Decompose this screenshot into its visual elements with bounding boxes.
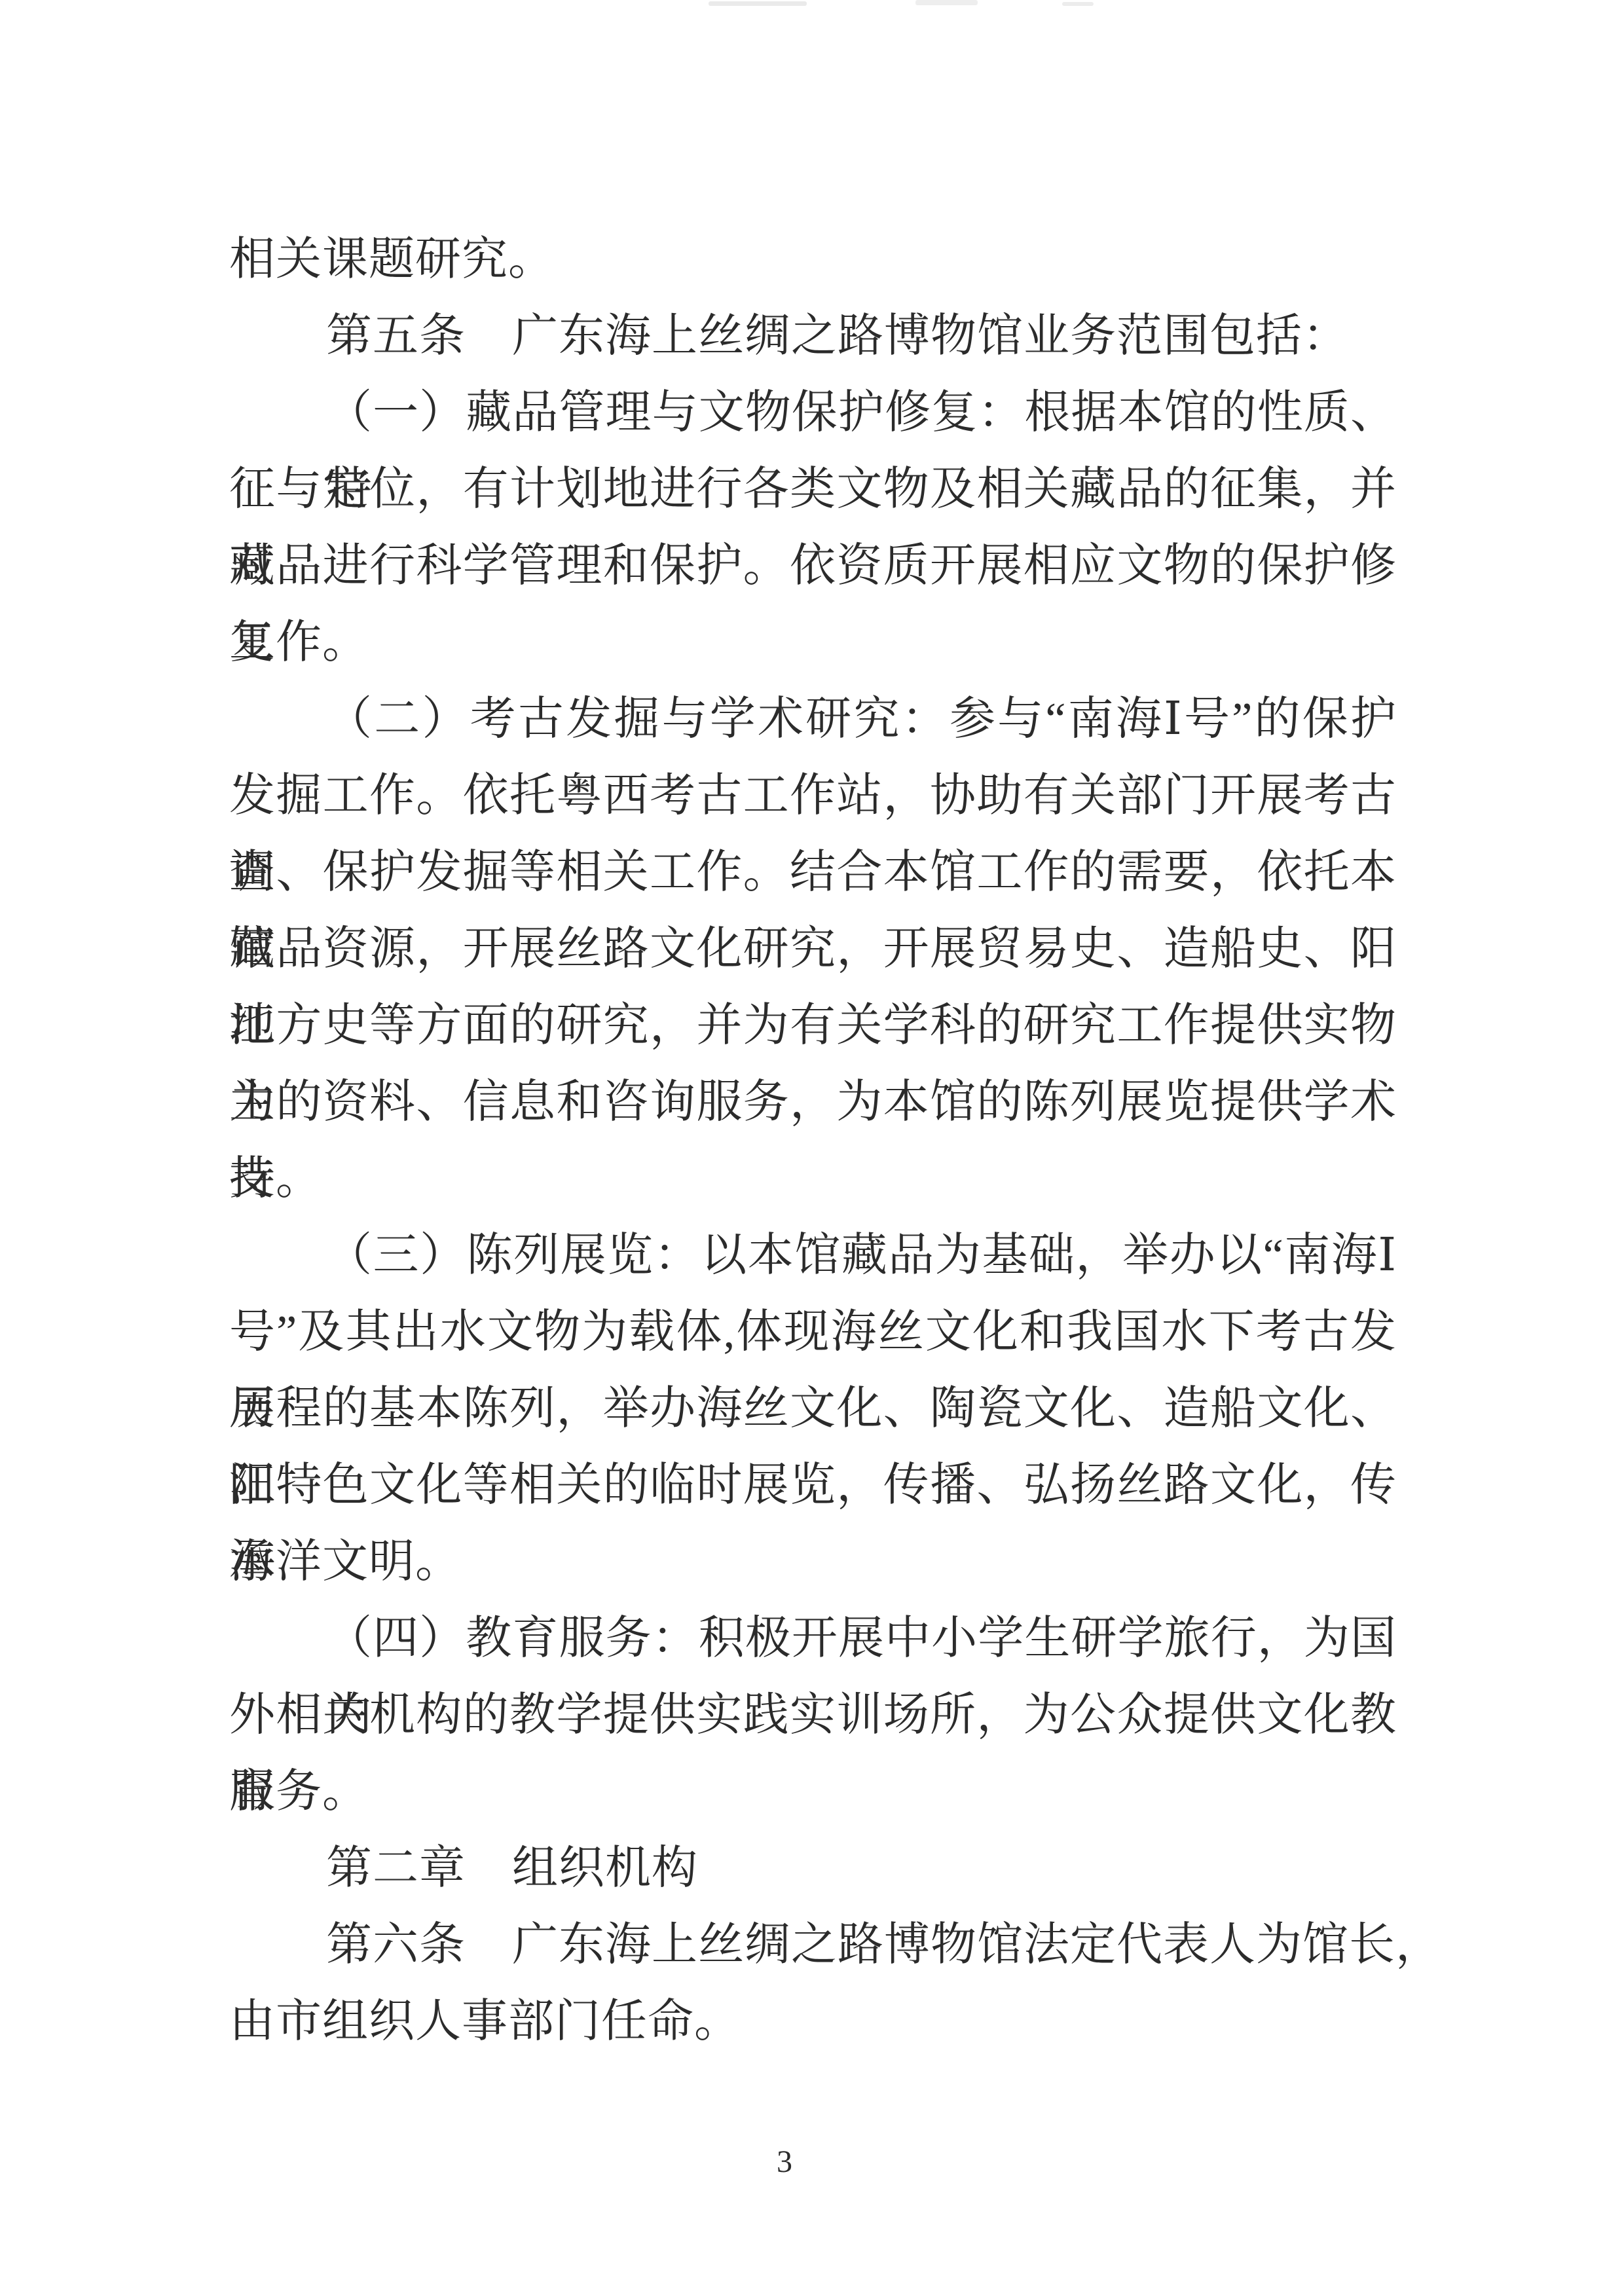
text-line: 工作。 [229,604,1396,681]
text-line: 第五条 广东海上丝绸之路博物馆业务范围包括： [229,298,1396,375]
text-line: 发掘工作。依托粤西考古工作站，协助有关部门开展考古调 [229,758,1396,834]
text-line: 地方史等方面的研究，并为有关学科的研究工作提供实物为 [229,987,1396,1064]
scan-artifact [1062,2,1094,6]
text-line: 第二章 组织机构 [229,1830,1396,1907]
scanned-document-page: 相关课题研究。第五条 广东海上丝绸之路博物馆业务范围包括：（一）藏品管理与文物保… [0,0,1624,2295]
text-line: （二）考古发掘与学术研究：参与“南海Ⅰ号”的保护 [229,681,1396,758]
text-line: 外相关机构的教学提供实践实训场所，为公众提供文化教育 [229,1677,1396,1753]
text-line: 主的资料、信息和咨询服务，为本馆的陈列展览提供学术支 [229,1064,1396,1141]
text-line: 服务。 [229,1753,1396,1830]
scan-artifact [915,0,978,5]
text-line: 海洋文明。 [229,1524,1396,1600]
text-line: 持。 [229,1141,1396,1217]
text-line: 查、保护发掘等相关工作。结合本馆工作的需要，依托本馆 [229,834,1396,911]
text-line: 相关课题研究。 [229,221,1396,298]
text-line: 征与定位，有计划地进行各类文物及相关藏品的征集，并对 [229,451,1396,528]
text-line: （四）教育服务：积极开展中小学生研学旅行，为国内 [229,1600,1396,1677]
text-line: 号”及其出水文物为载体,体现海丝文化和我国水下考古发展 [229,1294,1396,1370]
text-line: （一）藏品管理与文物保护修复：根据本馆的性质、特 [229,375,1396,451]
text-line: 第六条 广东海上丝绸之路博物馆法定代表人为馆长， [229,1907,1396,1983]
text-line: 藏品进行科学管理和保护。依资质开展相应文物的保护修复 [229,528,1396,604]
document-body: 相关课题研究。第五条 广东海上丝绸之路博物馆业务范围包括：（一）藏品管理与文物保… [229,221,1396,2060]
text-line: 藏品资源，开展丝路文化研究，开展贸易史、造船史、阳江 [229,911,1396,987]
text-line: 江特色文化等相关的临时展览，传播、弘扬丝路文化，传承 [229,1447,1396,1524]
page-number: 3 [0,2142,1569,2182]
text-line: 历程的基本陈列，举办海丝文化、陶瓷文化、造船文化、阳 [229,1370,1396,1447]
text-line: （三）陈列展览：以本馆藏品为基础，举办以“南海Ⅰ [229,1217,1396,1294]
text-line: 由市组织人事部门任命。 [229,1983,1396,2060]
scan-artifact [709,1,807,6]
